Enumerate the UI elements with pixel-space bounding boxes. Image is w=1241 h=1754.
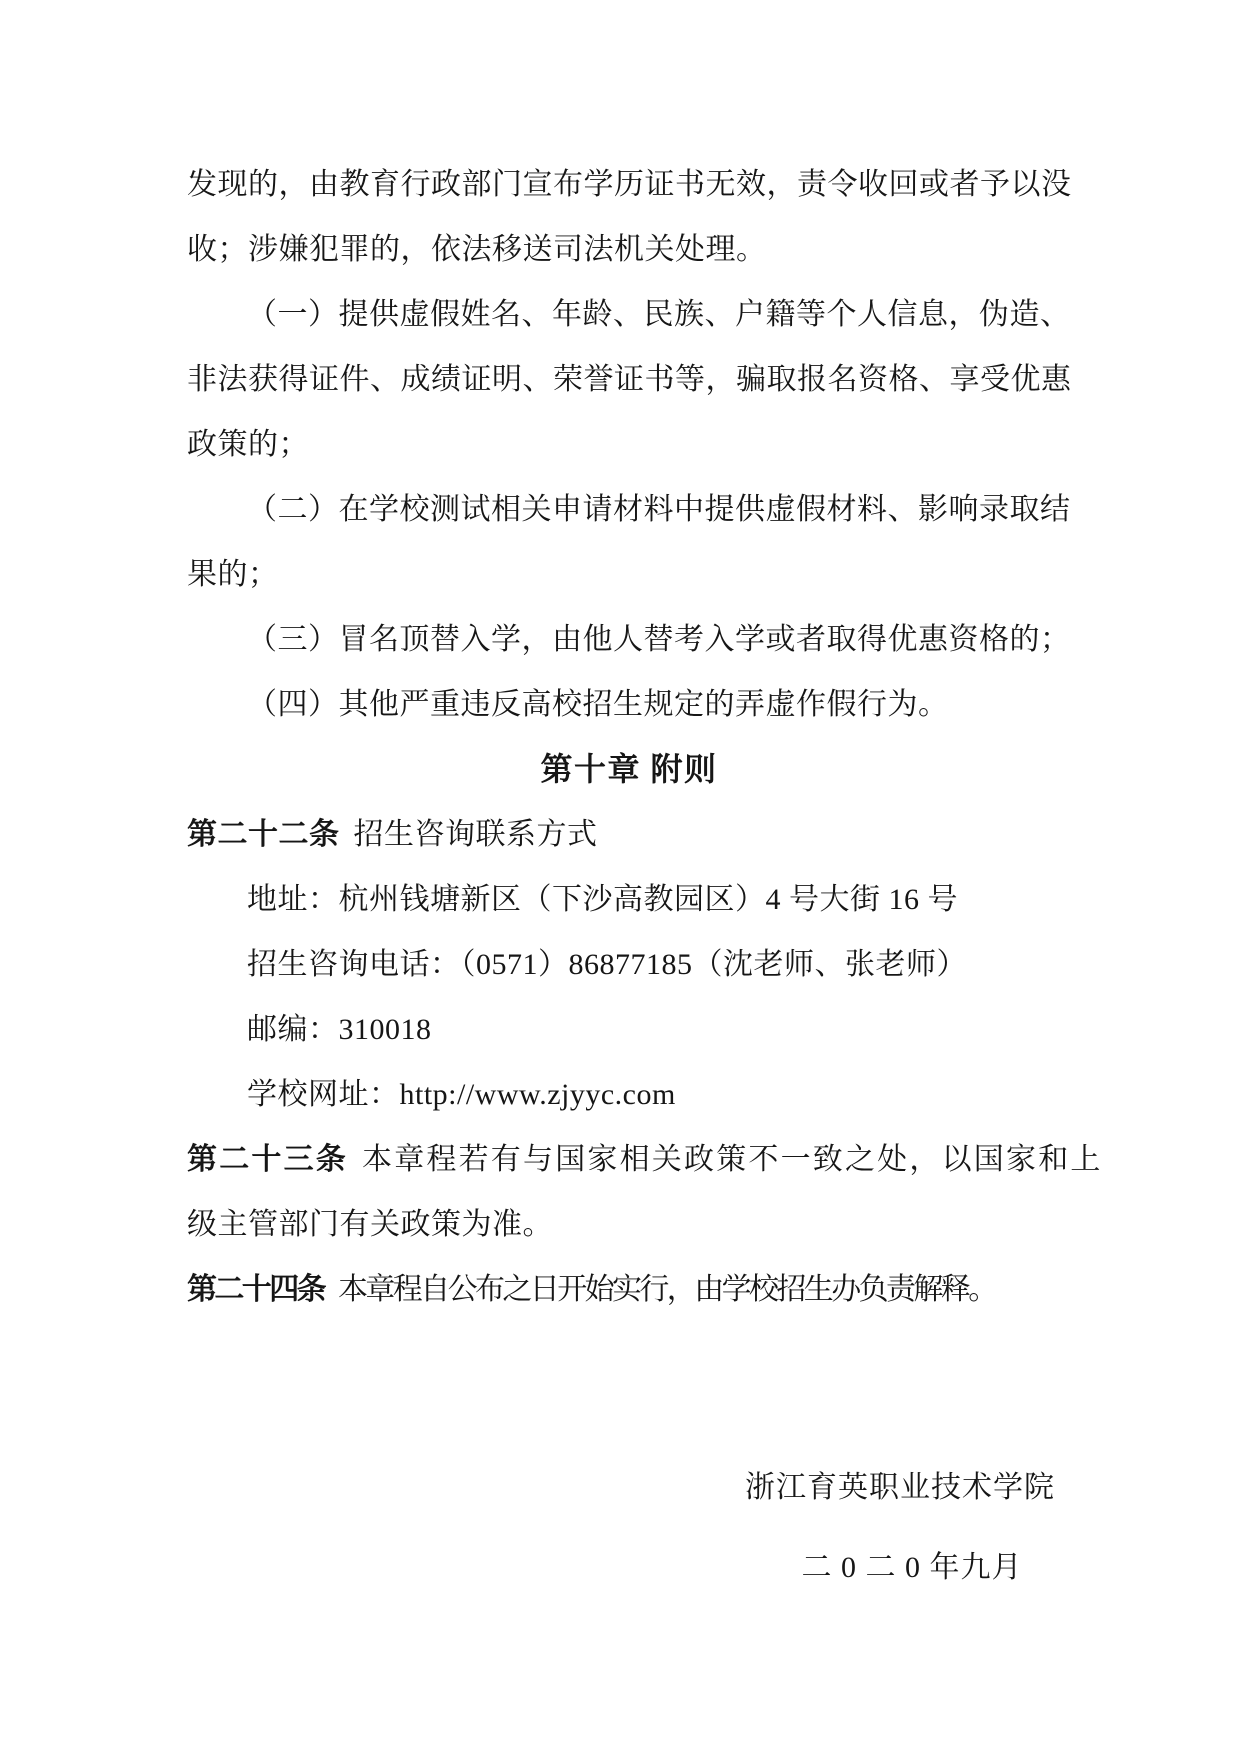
signature-org: 浙江育英职业技术学院	[745, 1455, 1055, 1520]
document-page: 发现的，由教育行政部门宣布学历证书无效，责令收回或者予以没 收；涉嫌犯罪的，依法…	[0, 0, 1241, 1754]
article-24-number: 第二十四条	[187, 1273, 324, 1306]
chapter-heading: 第十章 附则	[187, 737, 1071, 802]
contact-postcode-line: 邮编：310018	[187, 997, 1071, 1062]
article-24-line: 第二十四条本章程自公布之日开始实行，由学校招生办负责解释。	[187, 1257, 1071, 1322]
contact-phone-line: 招生咨询电话：（0571）86877185（沈老师、张老师）	[187, 932, 1071, 997]
intro-line-2: 收；涉嫌犯罪的，依法移送司法机关处理。	[187, 217, 1071, 282]
article-22-number: 第二十二条	[187, 818, 340, 851]
intro-line-1: 发现的，由教育行政部门宣布学历证书无效，责令收回或者予以没	[187, 152, 1071, 217]
article-24-text: 本章程自公布之日开始实行，由学校招生办负责解释。	[338, 1273, 996, 1306]
article-23-line-1: 第二十三条本章程若有与国家相关政策不一致之处，以国家和上	[187, 1127, 1071, 1192]
signature-block: 浙江育英职业技术学院 二 0 二 0 年九月	[187, 1455, 1071, 1600]
list-item-2-line-2: 果的；	[187, 542, 1071, 607]
contact-address-line: 地址：杭州钱塘新区（下沙高教园区）4 号大街 16 号	[187, 867, 1071, 932]
article-23-text-1: 本章程若有与国家相关政策不一致之处，以国家和上	[362, 1143, 1103, 1176]
list-item-1-line-1: （一）提供虚假姓名、年龄、民族、户籍等个人信息，伪造、	[187, 282, 1071, 347]
signature-inner: 浙江育英职业技术学院 二 0 二 0 年九月	[745, 1455, 1055, 1600]
contact-website-line: 学校网址：http://www.zjyyc.com	[187, 1062, 1071, 1127]
list-item-3: （三）冒名顶替入学，由他人替考入学或者取得优惠资格的；	[187, 607, 1071, 672]
list-item-1-line-3: 政策的；	[187, 412, 1071, 477]
article-23-number: 第二十三条	[187, 1143, 348, 1176]
signature-date: 二 0 二 0 年九月	[757, 1535, 1067, 1600]
list-item-1-line-2: 非法获得证件、成绩证明、荣誉证书等，骗取报名资格、享受优惠	[187, 347, 1071, 412]
article-23-line-2: 级主管部门有关政策为准。	[187, 1192, 1071, 1257]
article-22-line: 第二十二条招生咨询联系方式	[187, 802, 1071, 867]
article-22-title: 招生咨询联系方式	[354, 818, 598, 851]
list-item-2-line-1: （二）在学校测试相关申请材料中提供虚假材料、影响录取结	[187, 477, 1071, 542]
list-item-4: （四）其他严重违反高校招生规定的弄虚作假行为。	[187, 672, 1071, 737]
document-content: 发现的，由教育行政部门宣布学历证书无效，责令收回或者予以没 收；涉嫌犯罪的，依法…	[187, 152, 1071, 1600]
